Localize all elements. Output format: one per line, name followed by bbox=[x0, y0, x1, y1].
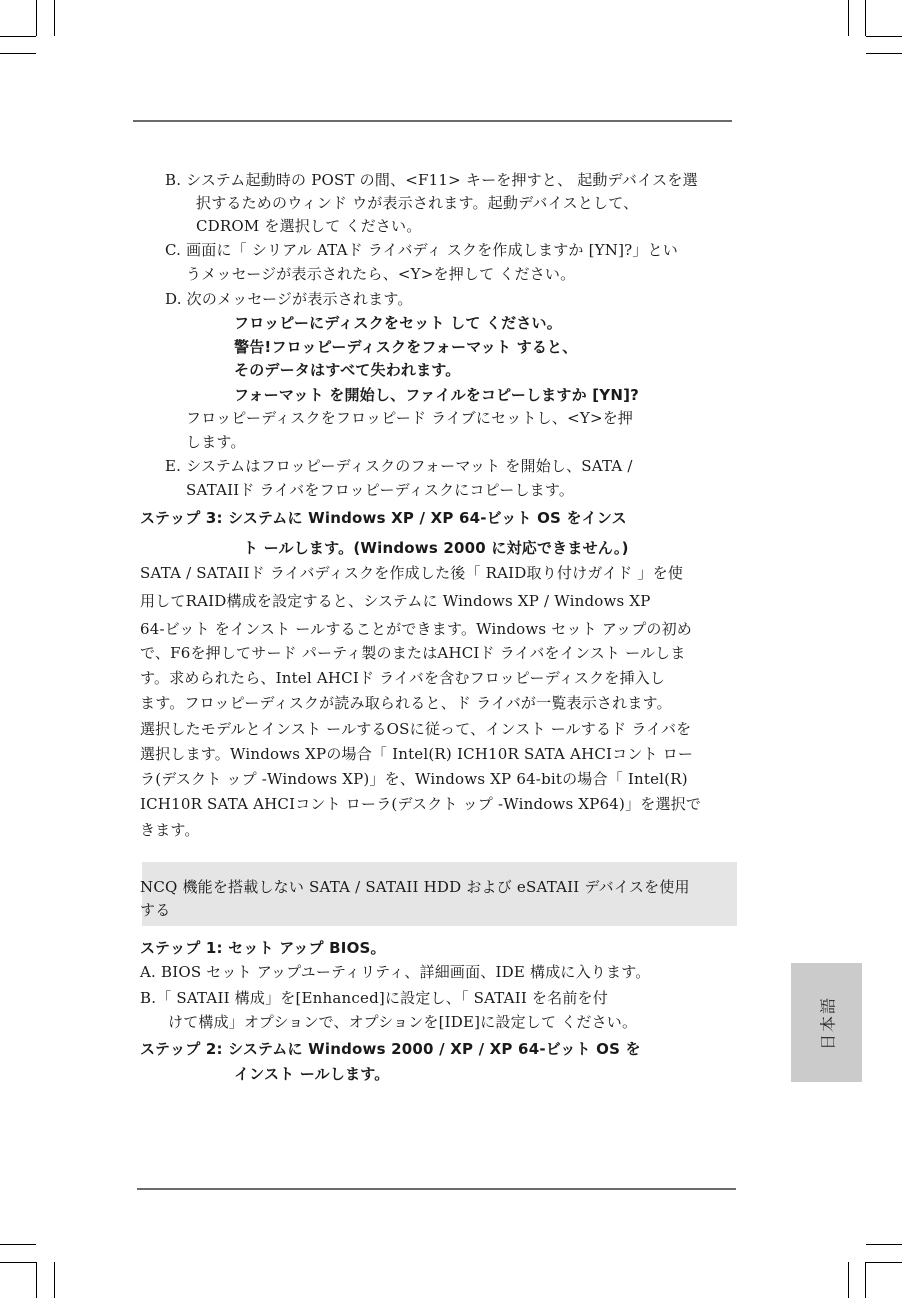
item-d-after-line-2: します。 bbox=[186, 432, 246, 452]
step1-item-b-line-2: けて構成」オプションで、オプションを[IDE]に設定して ください。 bbox=[168, 1012, 637, 1032]
step2-heading-line-2: インスト ールします。 bbox=[234, 1064, 389, 1084]
footer-rule bbox=[137, 1188, 736, 1190]
step3-body-line-9: ラ(デスクト ップ -Windows XP)」を、Windows XP 64-b… bbox=[140, 769, 688, 789]
step3-heading-line-1: ステップ 3: システムに Windows XP / XP 64-ビット OS … bbox=[140, 508, 627, 528]
crop-mark-tl-v1 bbox=[36, 0, 37, 36]
crop-mark-br-h2 bbox=[866, 1262, 902, 1263]
crop-mark-br-v1 bbox=[848, 1262, 849, 1298]
crop-mark-bl-v2 bbox=[54, 1262, 55, 1298]
step3-body-line-11: きます。 bbox=[140, 820, 200, 840]
item-c-line-2: うメッセージが表示されたら、<Y>を押して ください。 bbox=[186, 264, 575, 284]
step3-body-line-1: SATA / SATAIIド ライバディスクを作成した後「 RAID取り付けガイ… bbox=[140, 563, 683, 583]
crop-mark-tr-v1 bbox=[848, 0, 849, 36]
crop-mark-bl-v1 bbox=[36, 1262, 37, 1298]
crop-mark-br-h1 bbox=[866, 1244, 902, 1245]
step1-item-a: A. BIOS セット アップユーティリティ、詳細画面、IDE 構成に入ります。 bbox=[140, 962, 650, 982]
step1-heading: ステップ 1: セット アップ BIOS。 bbox=[140, 938, 386, 958]
step3-body-line-8: 選択します。Windows XPの場合「 Intel(R) ICH10R SAT… bbox=[140, 744, 693, 764]
item-b-line-3: CDROM を選択して ください。 bbox=[196, 216, 421, 236]
step3-body-line-2: 用してRAID構成を設定すると、システムに Windows XP / Windo… bbox=[140, 591, 651, 611]
step2-heading-line-1: ステップ 2: システムに Windows 2000 / XP / XP 64-… bbox=[140, 1039, 641, 1059]
crop-mark-bl-h2 bbox=[0, 1262, 36, 1263]
manual-page: B. システム起動時の POST の間、<F11> キーを押すと、 起動デバイス… bbox=[0, 0, 902, 1298]
step3-body-line-3: 64-ビット をインスト ールすることができます。Windows セット アップ… bbox=[140, 619, 692, 639]
item-c-line-1: C. 画面に「 シリアル ATAド ライバディ スクを作成しますか [YN]?」… bbox=[165, 240, 678, 260]
crop-mark-tl-h1 bbox=[0, 36, 36, 37]
message-data-lost: そのデータはすべて失われます。 bbox=[234, 360, 461, 380]
item-e-line-2: SATAIIド ライバをフロッピーディスクにコピーします。 bbox=[186, 480, 574, 500]
item-d-after-line-1: フロッピーディスクをフロッピード ライブにセットし、<Y>を押 bbox=[186, 408, 633, 428]
item-b-line-2: 択するためのウィンド ウが表示されます。起動デバイスとして、 bbox=[196, 193, 638, 213]
crop-mark-bl-h1 bbox=[0, 1244, 36, 1245]
crop-mark-tr-h1 bbox=[866, 36, 902, 37]
crop-mark-tr-h2 bbox=[866, 53, 902, 54]
ncq-title-line-2: する bbox=[140, 900, 170, 920]
message-warning-format: 警告!フロッピーディスクをフォーマット すると、 bbox=[234, 337, 577, 357]
language-side-tab: 日本語 bbox=[791, 963, 862, 1082]
item-d-intro: D. 次のメッセージが表示されます。 bbox=[165, 289, 413, 309]
item-b-line-1: B. システム起動時の POST の間、<F11> キーを押すと、 起動デバイス… bbox=[165, 170, 698, 190]
step3-body-line-10: ICH10R SATA AHCIコント ローラ(デスクト ップ -Windows… bbox=[140, 794, 701, 814]
message-insert-floppy: フロッピーにディスクをセット して ください。 bbox=[234, 313, 562, 333]
ncq-title-line-1: NCQ 機能を搭載しない SATA / SATAII HDD および eSATA… bbox=[140, 877, 690, 897]
item-e-line-1: E. システムはフロッピーディスクのフォーマット を開始し、SATA / bbox=[165, 456, 633, 476]
crop-mark-tl-v2 bbox=[54, 0, 55, 36]
step3-heading-line-2: ト ールします。(Windows 2000 に対応できません。) bbox=[243, 538, 629, 558]
step3-body-line-4: で、F6を押してサード パーティ製のまたはAHCIド ライバをインスト ールしま bbox=[140, 643, 686, 663]
crop-mark-tl-h2 bbox=[0, 53, 36, 54]
crop-mark-tr-v2 bbox=[865, 0, 866, 36]
step3-body-line-7: 選択したモデルとインスト ールするOSに従って、インスト ールするド ライバを bbox=[140, 719, 691, 739]
header-rule bbox=[133, 120, 732, 122]
crop-mark-br-v2 bbox=[865, 1262, 866, 1298]
language-tab-label: 日本語 bbox=[815, 995, 838, 1049]
step3-body-line-5: す。求められたら、Intel AHCIド ライバを含むフロッピーディスクを挿入し bbox=[140, 668, 665, 688]
step3-body-line-6: ます。フロッピーディスクが読み取られると、ド ライバが一覧表示されます。 bbox=[140, 693, 672, 713]
message-start-format: フォーマット を開始し、ファイルをコピーしますか [YN]? bbox=[234, 385, 639, 405]
step1-item-b-line-1: B.「 SATAII 構成」を[Enhanced]に設定し、「 SATAII を… bbox=[140, 988, 608, 1008]
